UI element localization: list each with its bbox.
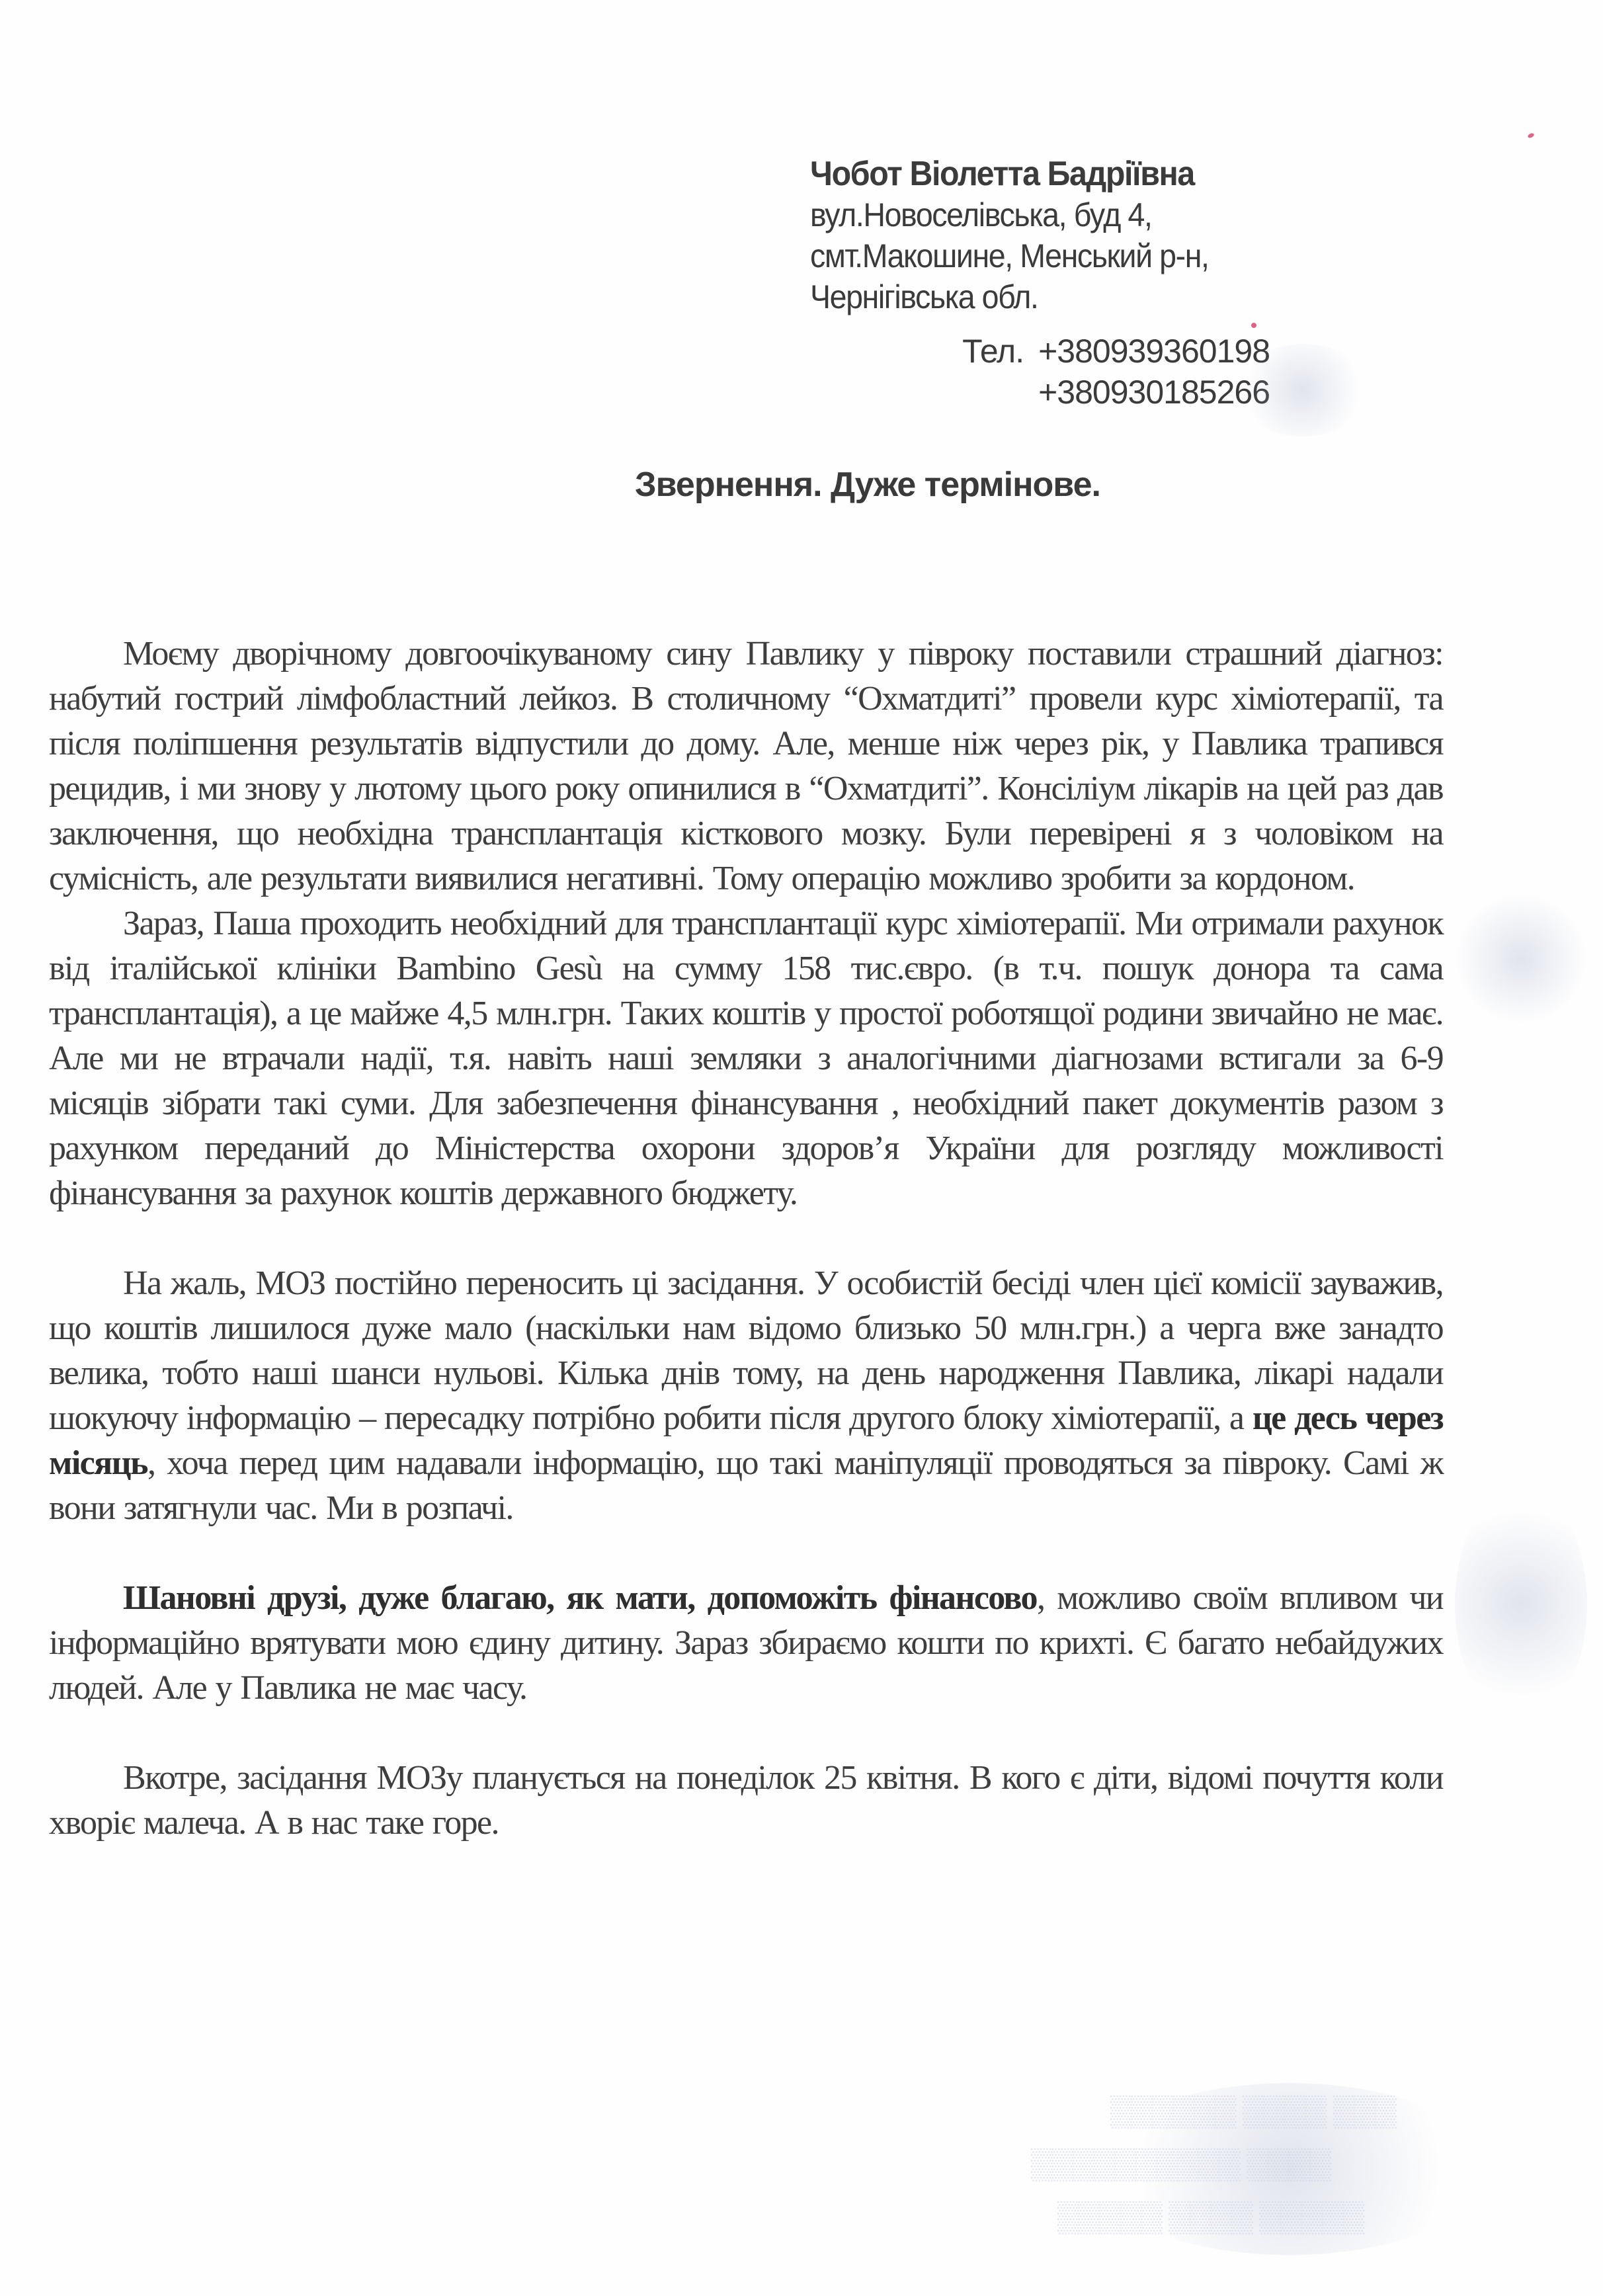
paragraph-clinic-invoice: Зараз, Паша проходить необхідний для тра… (49, 901, 1443, 1216)
phone-line-1: Тел.+380939360198 (899, 331, 1270, 372)
letter-body: Моєму дворічному довгоочікуваному сину П… (49, 632, 1443, 1846)
paragraph-text: , хоча перед цим надавали інформацію, що… (49, 1444, 1443, 1527)
sender-block: Чобот Віолетта Бадріївна вул.Новоселівсь… (810, 153, 1209, 317)
document-title: Звернення. Дуже термінове. (0, 463, 1603, 507)
phone-label: Тел. (962, 333, 1024, 370)
bleed-through-text: ▒▒▒▒▒ ▒▒▒▒ ▒▒▒▒▒ (1058, 2195, 1364, 2238)
sender-town: смт.Макошине, Менський р-н, (810, 235, 1209, 276)
paragraph-meeting-date: Вкотре, засідання МОЗу планується на пон… (49, 1756, 1443, 1846)
sender-street: вул.Новоселівська, буд 4, (810, 194, 1209, 235)
sender-name: Чобот Віолетта Бадріївна (810, 153, 1209, 194)
phone-line-2: +380930185266 (899, 372, 1270, 413)
emphasis-appeal: Шановні друзі, дуже благаю, як мати, доп… (123, 1579, 1037, 1617)
paragraph-diagnosis: Моєму дворічному довгоочікуваному сину П… (49, 632, 1443, 901)
bleed-through-text: ▒▒▒ ▒▒▒▒ ▒▒▒▒▒▒ (1111, 2090, 1397, 2132)
paragraph-ministry-delay: На жаль, МОЗ постійно переносить ці засі… (49, 1261, 1443, 1531)
paragraph-text: На жаль, МОЗ постійно переносить ці засі… (49, 1264, 1443, 1437)
ink-mark (1251, 322, 1258, 329)
bleed-through-text: ▒▒▒▒ ▒▒▒▒▒▒▒▒▒▒ (1032, 2143, 1331, 2185)
sender-phones: Тел.+380939360198 +380930185266 (899, 331, 1270, 413)
paragraph-appeal: Шановні друзі, дуже благаю, як мати, доп… (49, 1576, 1443, 1711)
scan-speckle (1455, 1488, 1587, 1719)
phone-number-1: +380939360198 (1038, 333, 1270, 370)
sender-region: Чернігівська обл. (810, 276, 1209, 317)
scan-speckle (1237, 344, 1369, 436)
scanned-letter-page: Чобот Віолетта Бадріївна вул.Новоселівсь… (0, 0, 1603, 2296)
ink-mark (1527, 132, 1535, 139)
scan-speckle (1455, 893, 1587, 1025)
phone-number-2: +380930185266 (1038, 374, 1270, 411)
